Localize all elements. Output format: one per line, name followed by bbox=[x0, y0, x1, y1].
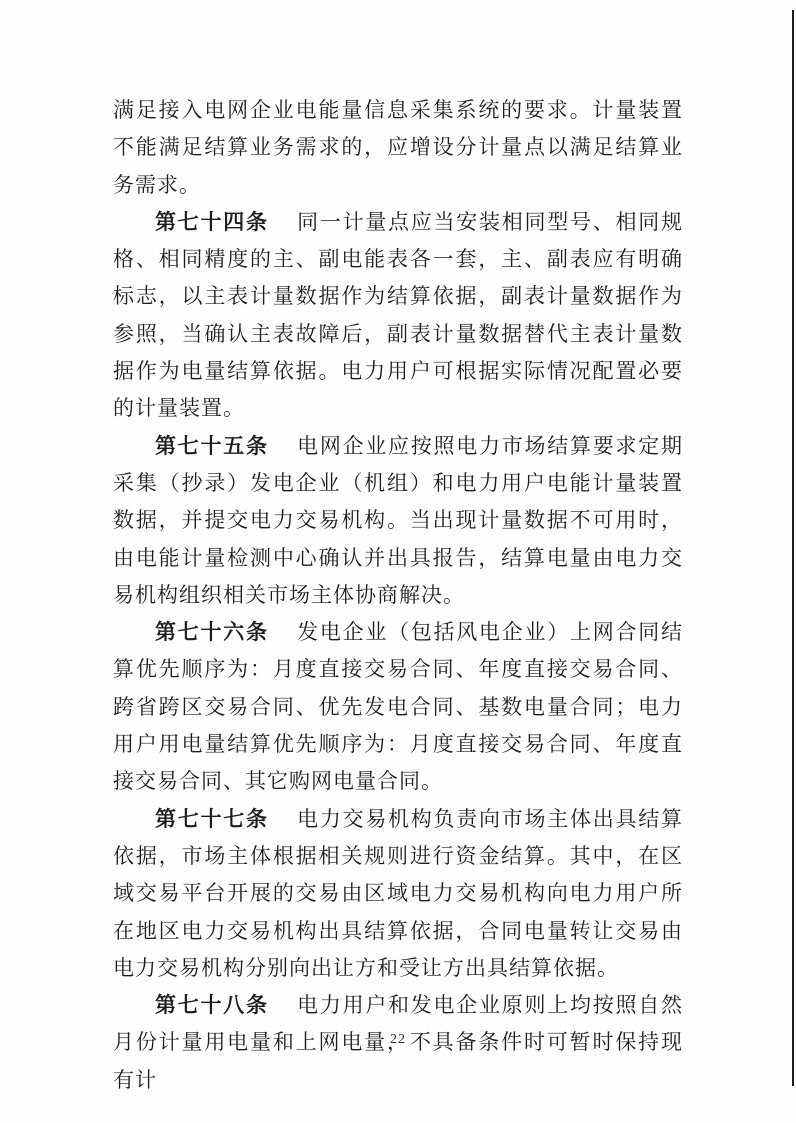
article-74-number: 第七十四条 bbox=[155, 211, 269, 234]
text-block: 满足接入电网企业电能量信息采集系统的要求。计量装置不能满足结算业务需求的，应增设… bbox=[113, 92, 683, 1099]
paragraph-article-76: 第七十六条发电企业（包括风电企业）上网合同结算优先顺序为：月度直接交易合同、年度… bbox=[113, 614, 683, 800]
article-77-text: 电力交易机构负责向市场主体出具结算依据，市场主体根据相关规则进行资金结算。其中，… bbox=[113, 807, 683, 980]
article-77-number: 第七十七条 bbox=[155, 808, 269, 831]
article-75-text: 电网企业应按照电力市场结算要求定期采集（抄录）发电企业（机组）和电力用户电能计量… bbox=[113, 434, 683, 607]
paragraph-article-77: 第七十七条电力交易机构负责向市场主体出具结算依据，市场主体根据相关规则进行资金结… bbox=[113, 801, 683, 987]
article-76-text: 发电企业（包括风电企业）上网合同结算优先顺序为：月度直接交易合同、年度直接交易合… bbox=[113, 620, 683, 793]
paragraph-continuation-text: 满足接入电网企业电能量信息采集系统的要求。计量装置不能满足结算业务需求的，应增设… bbox=[113, 98, 683, 197]
article-76-number: 第七十六条 bbox=[155, 621, 269, 644]
paragraph-continuation: 满足接入电网企业电能量信息采集系统的要求。计量装置不能满足结算业务需求的，应增设… bbox=[113, 92, 683, 204]
article-78-number: 第七十八条 bbox=[155, 994, 269, 1017]
scan-edge-artifact bbox=[792, 10, 794, 1086]
page-number: 22 bbox=[0, 1032, 796, 1048]
article-74-text: 同一计量点应当安装相同型号、相同规格、相同精度的主、副电能表各一套，主、副表应有… bbox=[113, 210, 683, 420]
paragraph-article-75: 第七十五条电网企业应按照电力市场结算要求定期采集（抄录）发电企业（机组）和电力用… bbox=[113, 428, 683, 614]
document-page: 满足接入电网企业电能量信息采集系统的要求。计量装置不能满足结算业务需求的，应增设… bbox=[0, 0, 796, 1123]
article-75-number: 第七十五条 bbox=[155, 435, 269, 458]
paragraph-article-74: 第七十四条同一计量点应当安装相同型号、相同规格、相同精度的主、副电能表各一套，主… bbox=[113, 204, 683, 428]
